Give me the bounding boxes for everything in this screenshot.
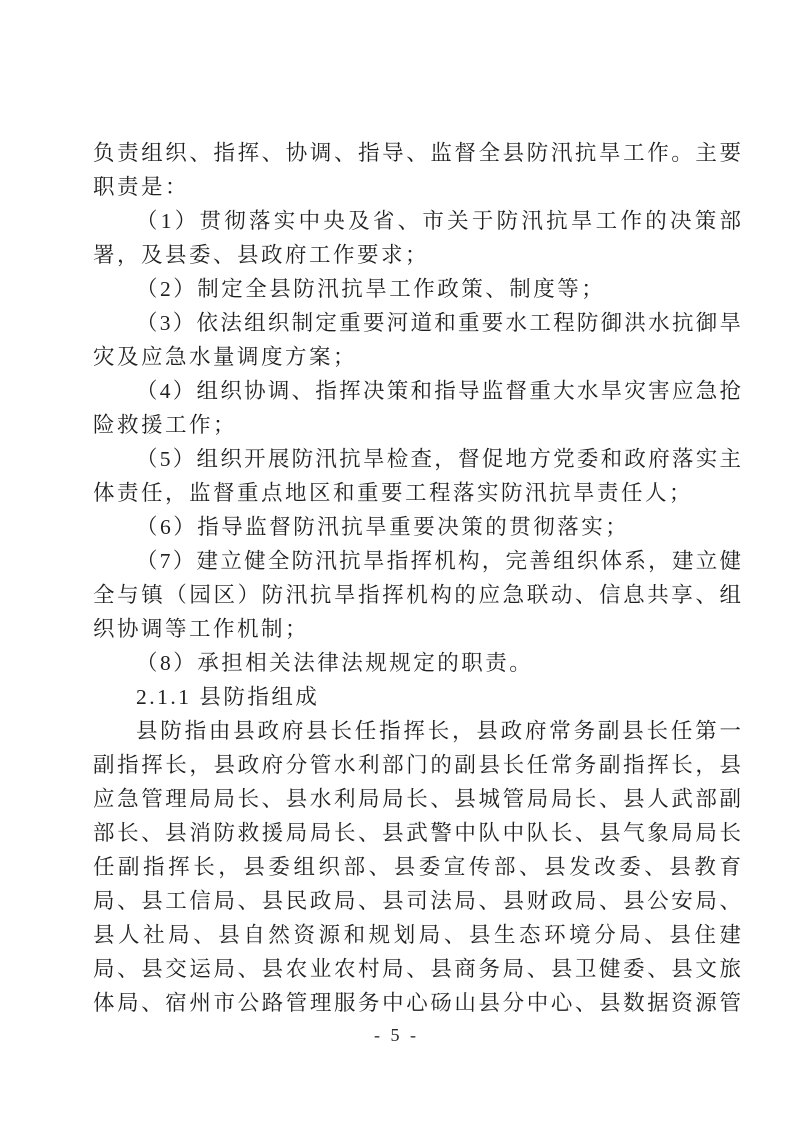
text-line: 全与镇（园区）防汛抗旱指挥机构的应急联动、信息共享、组 [93, 578, 741, 612]
document-page: 负责组织、指挥、协调、指导、监督全县防汛抗旱工作。主要 职责是： （1）贯彻落实… [0, 0, 793, 1122]
text-line: 负责组织、指挥、协调、指导、监督全县防汛抗旱工作。主要 [93, 136, 741, 170]
text-line: （2）制定全县防汛抗旱工作政策、制度等； [93, 272, 741, 306]
text-line: 县防指由县政府县长任指挥长，县政府常务副县长任第一 [93, 714, 741, 748]
page-number: - 5 - [0, 1022, 793, 1048]
text-line: 体责任，监督重点地区和重要工程落实防汛抗旱责任人； [93, 476, 741, 510]
text-line: 应急管理局局长、县水利局局长、县城管局局长、县人武部副 [93, 782, 741, 816]
text-line: 灾及应急水量调度方案； [93, 340, 741, 374]
text-line: （6）指导监督防汛抗旱重要决策的贯彻落实； [93, 510, 741, 544]
text-line: （7）建立健全防汛抗旱指挥机构，完善组织体系，建立健 [93, 544, 741, 578]
text-line: （1）贯彻落实中央及省、市关于防汛抗旱工作的决策部 [93, 204, 741, 238]
text-line: 任副指挥长，县委组织部、县委宣传部、县发改委、县教育 [93, 850, 741, 884]
text-line: 副指挥长，县政府分管水利部门的副县长任常务副指挥长，县 [93, 748, 741, 782]
text-line: 织协调等工作机制； [93, 612, 741, 646]
text-line: （8）承担相关法律法规规定的职责。 [93, 646, 741, 680]
text-line: 险救援工作； [93, 408, 741, 442]
text-line: 职责是： [93, 170, 741, 204]
section-heading: 2.1.1 县防指组成 [93, 680, 741, 714]
text-line: （5）组织开展防汛抗旱检查，督促地方党委和政府落实主 [93, 442, 741, 476]
text-line: 部长、县消防救援局局长、县武警中队中队长、县气象局局长 [93, 816, 741, 850]
text-line: 局、县工信局、县民政局、县司法局、县财政局、县公安局、 [93, 884, 741, 918]
text-line: （3）依法组织制定重要河道和重要水工程防御洪水抗御旱 [93, 306, 741, 340]
text-line: 体局、宿州市公路管理服务中心砀山县分中心、县数据资源管 [93, 986, 741, 1020]
text-line: 县人社局、县自然资源和规划局、县生态环境分局、县住建 [93, 918, 741, 952]
text-line: 局、县交运局、县农业农村局、县商务局、县卫健委、县文旅 [93, 952, 741, 986]
text-line: 署，及县委、县政府工作要求； [93, 238, 741, 272]
body-text: 负责组织、指挥、协调、指导、监督全县防汛抗旱工作。主要 职责是： （1）贯彻落实… [93, 136, 741, 1020]
text-line: （4）组织协调、指挥决策和指导监督重大水旱灾害应急抢 [93, 374, 741, 408]
